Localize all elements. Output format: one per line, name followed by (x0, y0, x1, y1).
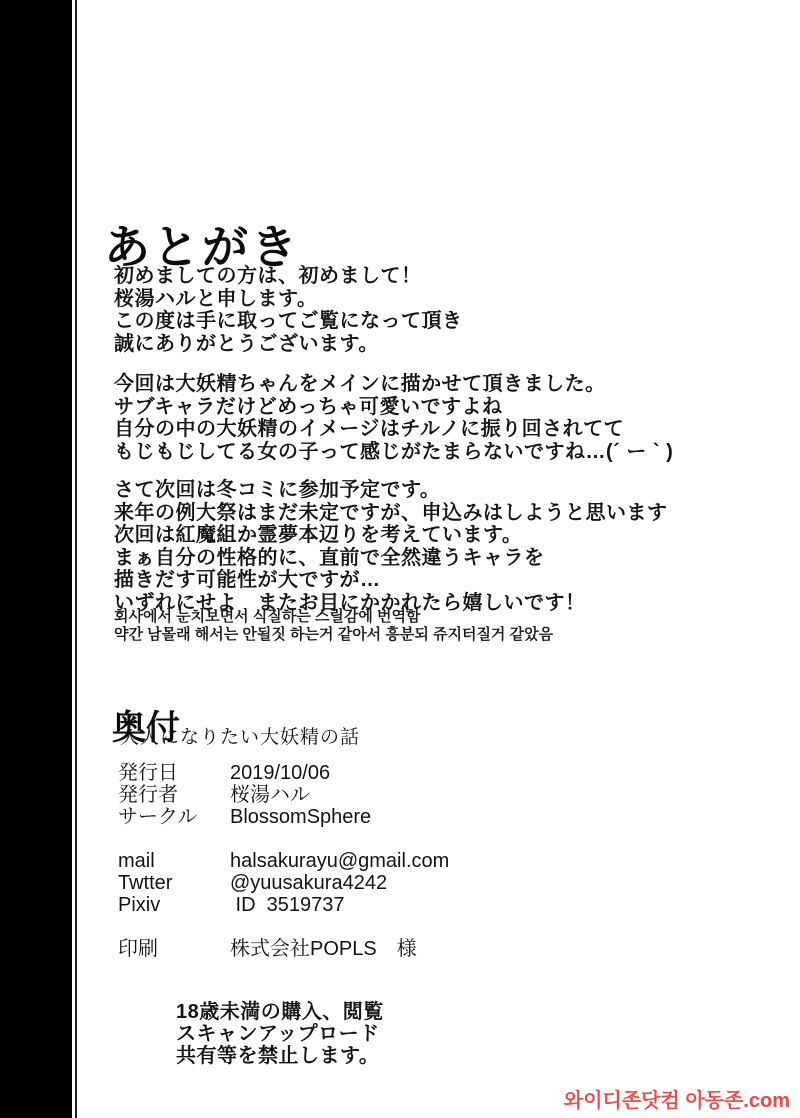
publisher-label: 発行者 (118, 784, 230, 806)
printer-row: 印刷 株式会社POPLS 様 (118, 938, 417, 960)
mail-value: halsakurayu@gmail.com (230, 850, 449, 872)
twitter-row: Twtter @yuusakura4242 (118, 872, 449, 894)
print-info: 印刷 株式会社POPLS 様 (118, 938, 417, 960)
pixiv-row: Pixiv ID 3519737 (118, 894, 449, 916)
publication-info: 発行日 2019/10/06 発行者 桜湯ハル サークル BlossomSphe… (118, 762, 371, 828)
printer-label: 印刷 (118, 938, 230, 960)
afterword-paragraph-next-event: さて次回は冬コミに参加予定です。 来年の例大祭はまだ未定ですが、申込みはしようと… (114, 479, 668, 614)
contact-info: mail halsakurayu@gmail.com Twtter @yuusa… (118, 850, 449, 916)
mail-row: mail halsakurayu@gmail.com (118, 850, 449, 872)
circle-value: BlossomSphere (230, 806, 371, 828)
publish-date-value: 2019/10/06 (230, 762, 330, 784)
age-restriction-warning: 18歳未満の購入、閲覧 スキャンアップロード 共有等を禁止します。 (176, 1001, 384, 1067)
afterword-paragraph-greeting: 初めましての方は、初めまして！ 桜湯ハルと申します。 この度は手に取ってご覧にな… (114, 265, 463, 355)
scan-edge-line (75, 0, 77, 1118)
circle-row: サークル BlossomSphere (118, 806, 371, 828)
twitter-label: Twtter (118, 872, 230, 894)
afterword-paragraph-character: 今回は大妖精ちゃんをメインに描かせて頂きました。 サブキャラだけどめっちゃ可愛い… (114, 373, 673, 463)
publish-date-label: 発行日 (118, 762, 230, 784)
printer-value: 株式会社POPLS 様 (230, 938, 417, 960)
scan-black-edge (0, 0, 72, 1118)
circle-label: サークル (118, 806, 230, 828)
scanned-afterword-page: あとがき 初めましての方は、初めまして！ 桜湯ハルと申します。 この度は手に取っ… (0, 0, 800, 1118)
publish-date-row: 発行日 2019/10/06 (118, 762, 371, 784)
site-watermark: 와이디존닷컴 아동존.com (564, 1084, 790, 1113)
mail-label: mail (118, 850, 230, 872)
translator-note: 회사에서 눈치보면서 식질하는 스릴감에 번역함 약간 남몰래 해서는 안될짓 … (114, 608, 553, 644)
pixiv-label: Pixiv (118, 894, 230, 916)
pixiv-value: ID 3519737 (230, 894, 345, 916)
book-title: 大人になりたい大妖精の話 (120, 722, 360, 749)
twitter-value: @yuusakura4242 (230, 872, 387, 894)
publisher-row: 発行者 桜湯ハル (118, 784, 371, 806)
publisher-value: 桜湯ハル (230, 784, 310, 806)
